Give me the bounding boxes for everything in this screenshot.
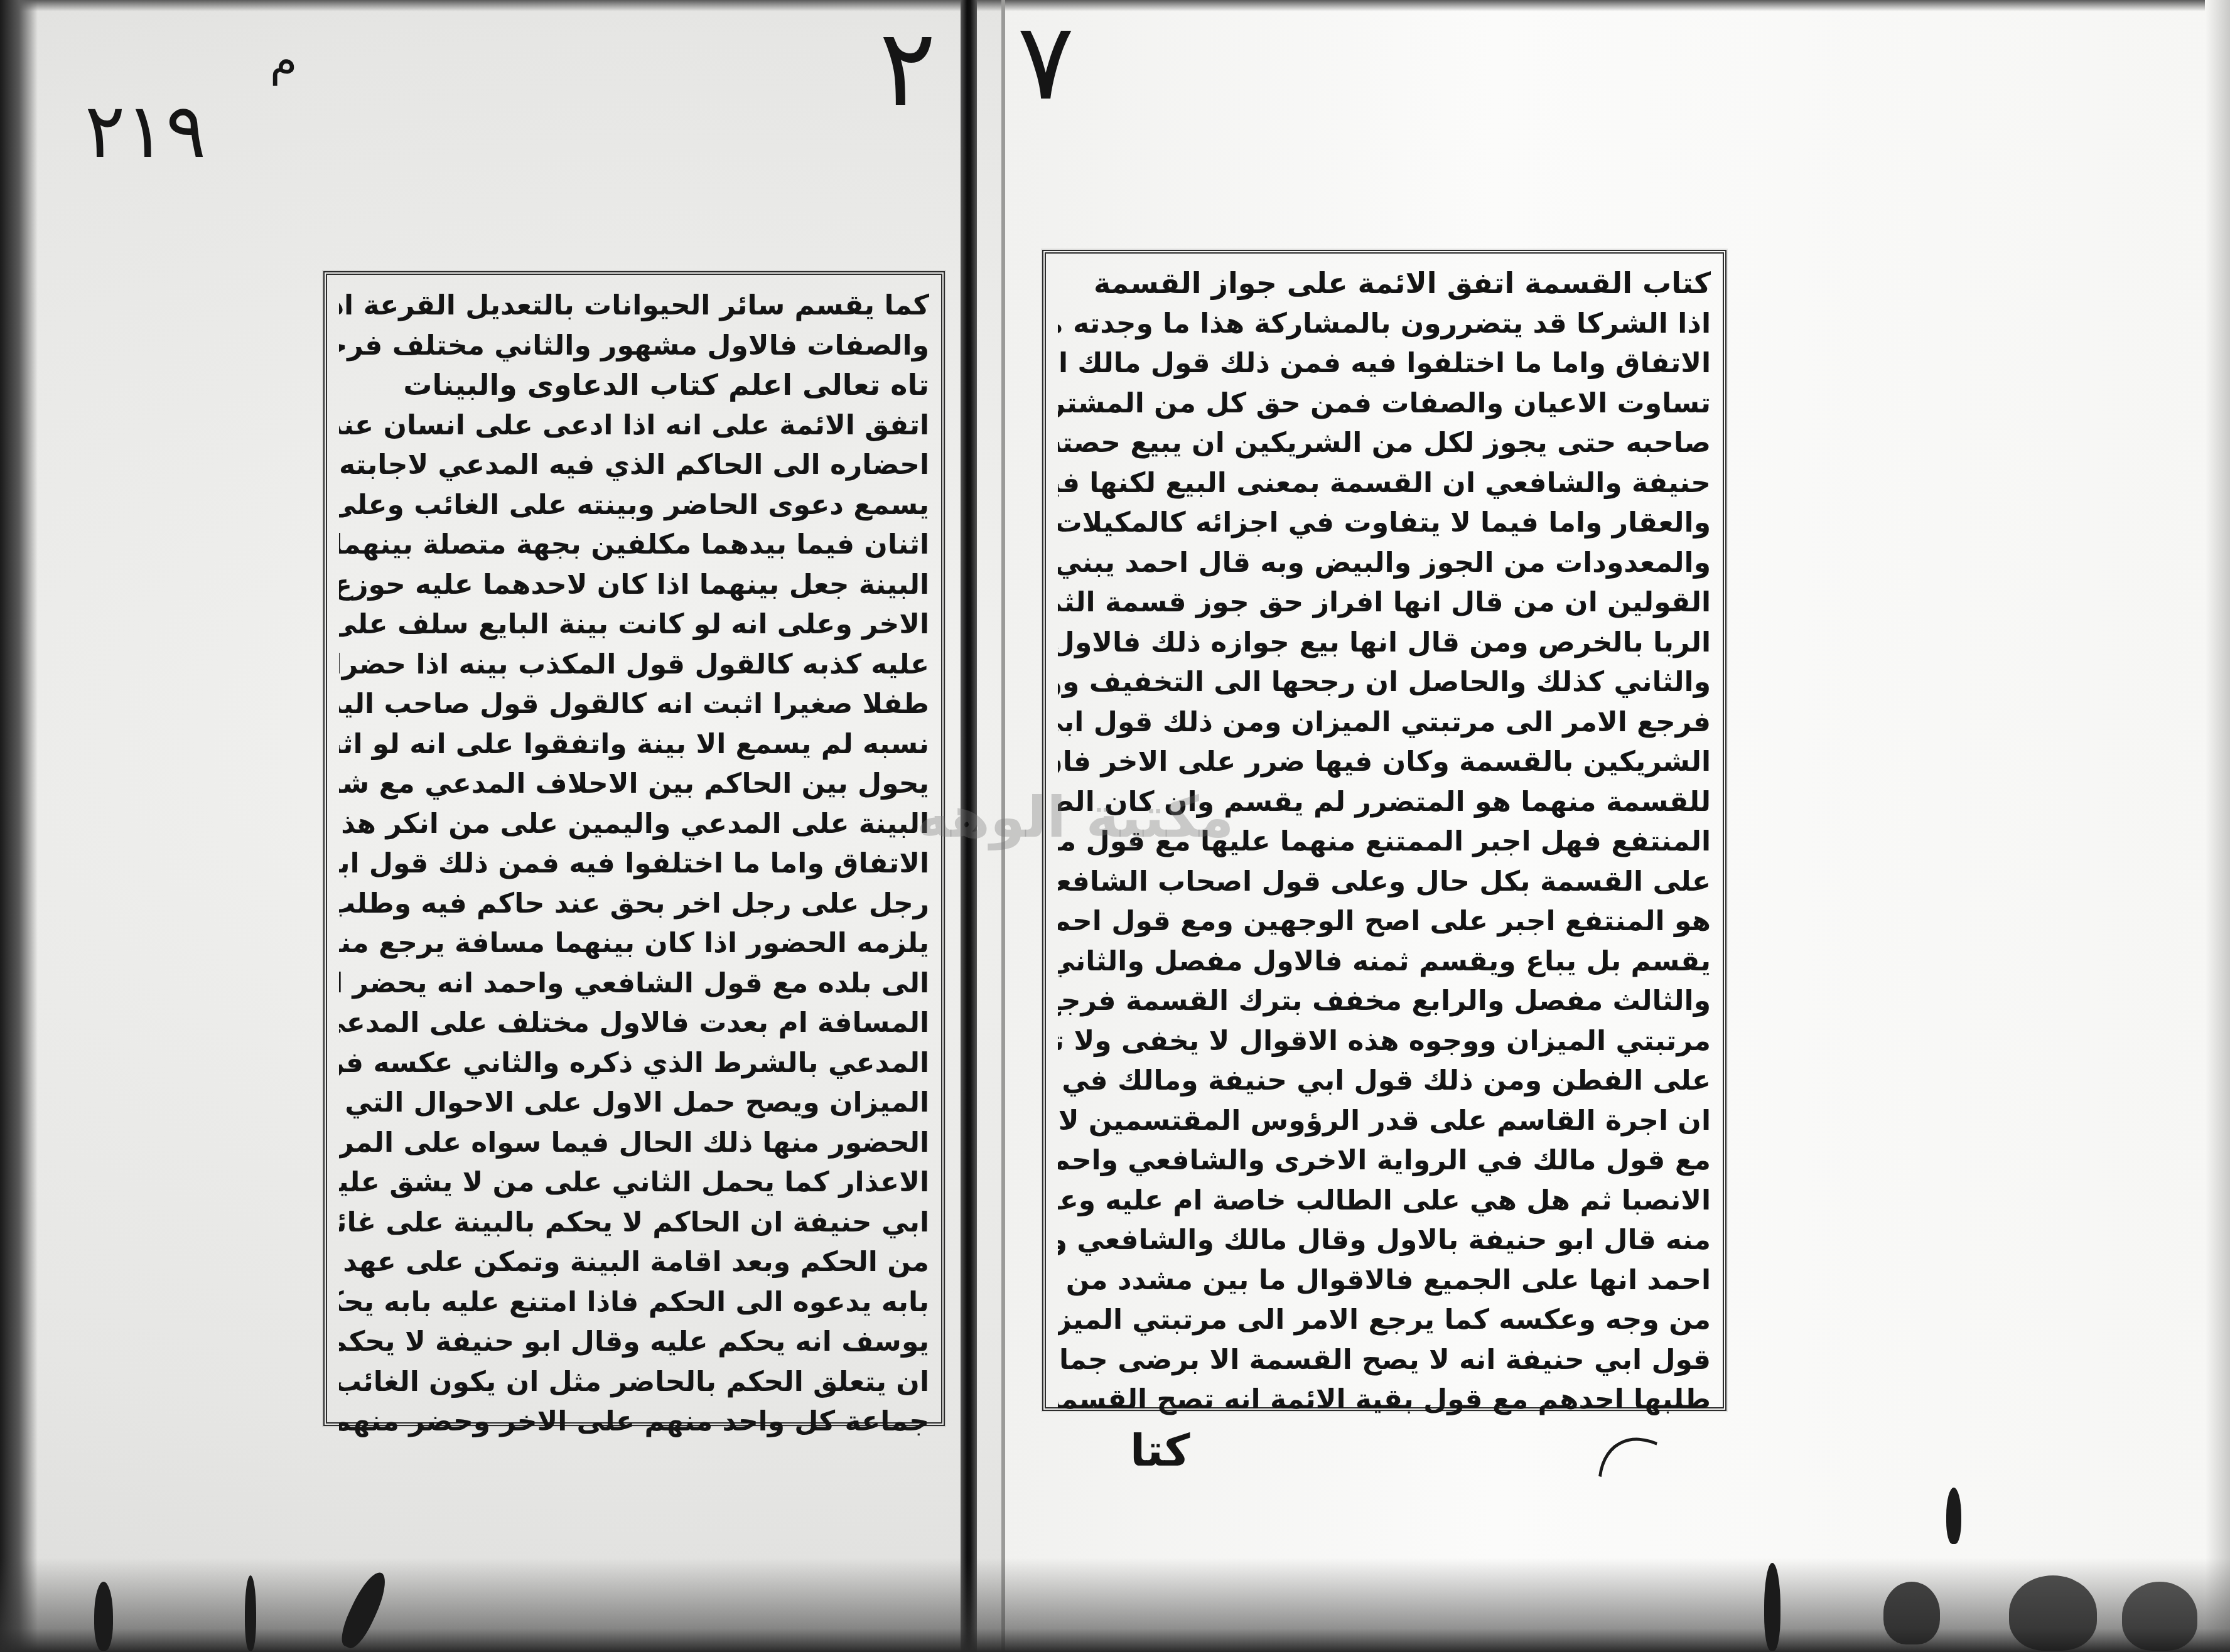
text-line: يلزمه الحضور اذا كان بينهما مسافة يرجع م… xyxy=(339,923,929,963)
text-line: طفلا صغيرا اثبت انه كالقول قول صاحب اليد… xyxy=(339,684,929,724)
text-line: اذا الشركا قد يتضررون بالمشاركة هذا ما و… xyxy=(1058,304,1711,344)
folio-mark-right-of-spine: ٧ xyxy=(1017,0,1074,124)
text-line: الانصبا ثم هل هي على الطالب خاصة ام عليه… xyxy=(1058,1181,1711,1221)
text-line: والثاني كذلك والحاصل ان رجحها الى التخفي… xyxy=(1058,662,1711,702)
text-line: الشريكين بالقسمة وكان فيها ضرر على الاخر… xyxy=(1058,742,1711,782)
folio-number: ٢١٩ xyxy=(85,88,206,175)
folio-mark-left-of-spine: ٢ xyxy=(879,6,936,131)
text-line: الاتفاق واما ما اختلفوا فيه فمن ذلك قول … xyxy=(339,844,929,884)
text-line: مرتبتي الميزان ووجوه هذه الاقوال لا يخفى… xyxy=(1058,1021,1711,1061)
folio-small-mark: م xyxy=(270,35,297,86)
text-line: ان اجرة القاسم على قدر الرؤوس المقتسمين … xyxy=(1058,1101,1711,1141)
ink-stain xyxy=(2009,1575,2097,1651)
left-page-text: كما يقسم سائر الحيوانات بالتعديل القرعة … xyxy=(339,286,929,1442)
text-line: يوسف انه يحكم عليه وقال ابو حنيفة لا يحك… xyxy=(339,1322,929,1362)
text-line: فرجع الامر الى مرتبتي الميزان ومن ذلك قو… xyxy=(1058,702,1711,743)
catchword: كتا xyxy=(1130,1425,1190,1476)
text-line: الاعذار كما يحمل الثاني على من لا يشق عل… xyxy=(339,1162,929,1203)
text-line: حنيفة والشافعي ان القسمة بمعنى البيع لكن… xyxy=(1058,463,1711,503)
chapter-heading: تاه تعالى اعلم كتاب الدعاوى والبينات xyxy=(339,365,929,405)
text-line: هو المنتفع اجبر على اصح الوجهين ومع قول … xyxy=(1058,901,1711,941)
text-line: كما يقسم سائر الحيوانات بالتعديل القرعة … xyxy=(339,286,929,326)
text-line: المسافة ام بعدت فالاول مختلف على المدعى … xyxy=(339,1003,929,1043)
text-line: جماعة كل واحد منهم على الاخر وحضر منهم ب… xyxy=(339,1402,929,1442)
chapter-heading: كتاب القسمة اتفق الائمة على جواز القسمة xyxy=(1058,264,1711,304)
text-line: الربا بالخرص ومن قال انها بيع جوازه ذلك … xyxy=(1058,623,1711,663)
text-line: البينة على المدعي واليمين على من انكر هذ… xyxy=(339,804,929,844)
text-line: والثالث مفصل والرابع مخفف بترك القسمة فر… xyxy=(1058,981,1711,1021)
text-line: الى بلده مع قول الشافعي واحمد انه يحضر ا… xyxy=(339,963,929,1004)
text-line: يحول بين الحاكم بين الاحلاف المدعي مع شا… xyxy=(339,764,929,804)
ink-stain xyxy=(1883,1582,1940,1644)
text-line: من الحكم وبعد اقامة البينة وتمكن على عهد… xyxy=(339,1242,929,1282)
text-line: على القسمة بكل حال وعلى قول اصحاب الشافع… xyxy=(1058,862,1711,902)
text-line: ان يتعلق الحكم بالحاضر مثل ان يكون الغائ… xyxy=(339,1362,929,1402)
text-line: والصفات فالاول مشهور والثاني مختلف فرجع … xyxy=(339,326,929,366)
text-line: اثنان فيما بيدهما مكلفين بجهة متصلة بينه… xyxy=(339,525,929,565)
text-line: على الفطن ومن ذلك قول ابي حنيفة ومالك في… xyxy=(1058,1061,1711,1101)
text-line: بابه يدعوه الى الحكم فاذا امتنع عليه باب… xyxy=(339,1282,929,1322)
text-line: من وجه وعكسه كما يرجع الامر الى مرتبتي ا… xyxy=(1058,1300,1711,1340)
text-line: منه قال ابو حنيفة بالاول وقال مالك والشا… xyxy=(1058,1220,1711,1260)
text-line: قول ابي حنيفة انه لا يصح القسمة الا برضى… xyxy=(1058,1340,1711,1380)
text-line: يسمع دعوى الحاضر وبينته على الغائب وعلى … xyxy=(339,485,929,525)
text-line: رجل على رجل اخر بحق عند حاكم فيه وطلب اح… xyxy=(339,884,929,924)
text-line: مع قول مالك في الرواية الاخرى والشافعي و… xyxy=(1058,1140,1711,1181)
text-line: المدعي بالشرط الذي ذكره والثاني عكسه فرج… xyxy=(339,1043,929,1083)
top-edge-shadow xyxy=(0,0,2230,11)
text-line: القولين ان من قال انها افراز حق جوز قسمة… xyxy=(1058,582,1711,623)
text-line: البينة جعل بينهما اذا كان لاحدهما عليه ح… xyxy=(339,565,929,605)
text-line: الميزان ويصح حمل الاول على الاحوال التي … xyxy=(339,1083,929,1123)
text-line: تساوت الاعيان والصفات فمن حق كل من المشت… xyxy=(1058,383,1711,424)
text-line: الحضور منها ذلك الحال فيما سواه على المر… xyxy=(339,1123,929,1163)
text-line: نسبه لم يسمع الا بينة واتفقوا على انه لو… xyxy=(339,724,929,764)
ink-stain xyxy=(2122,1582,2197,1651)
text-line: اتفق الائمة على انه اذا ادعى على انسان ع… xyxy=(339,405,929,446)
text-line: ابي حنيفة ان الحاكم لا يحكم بالبينة على … xyxy=(339,1203,929,1243)
ink-stain xyxy=(1764,1563,1780,1651)
right-edge-strip xyxy=(2205,0,2230,1652)
ink-stain xyxy=(245,1575,256,1651)
left-edge-shadow xyxy=(0,0,38,1652)
text-line: والمعدودات من الجوز والبيض وبه قال احمد … xyxy=(1058,543,1711,583)
text-line: احضاره الى الحاكم الذي فيه المدعي لاجابت… xyxy=(339,445,929,485)
ink-stain xyxy=(94,1582,113,1651)
text-line: يقسم بل يباع ويقسم ثمنه فالاول مفصل والث… xyxy=(1058,941,1711,982)
text-line: الاتفاق واما ما اختلفوا فيه فمن ذلك قول … xyxy=(1058,343,1711,383)
text-line: الاخر وعلى انه لو كانت بينة البايع سلف ع… xyxy=(339,604,929,645)
text-line: عليه كذبه كالقول قول المكذب بينه اذا حضر… xyxy=(339,645,929,685)
text-line: احمد انها على الجميع فالاقوال ما بين مشد… xyxy=(1058,1260,1711,1301)
text-line: صاحبه حتى يجوز لكل من الشريكين ان يبيع ح… xyxy=(1058,423,1711,463)
library-watermark: مكتبة الوهه xyxy=(917,785,1234,850)
ink-stain xyxy=(1946,1488,1961,1544)
text-line: طلبها احدهم مع قول بقية الائمة انه تصح ا… xyxy=(1058,1380,1711,1420)
text-line: والعقار واما فيما لا يتفاوت في اجزائه كا… xyxy=(1058,503,1711,543)
